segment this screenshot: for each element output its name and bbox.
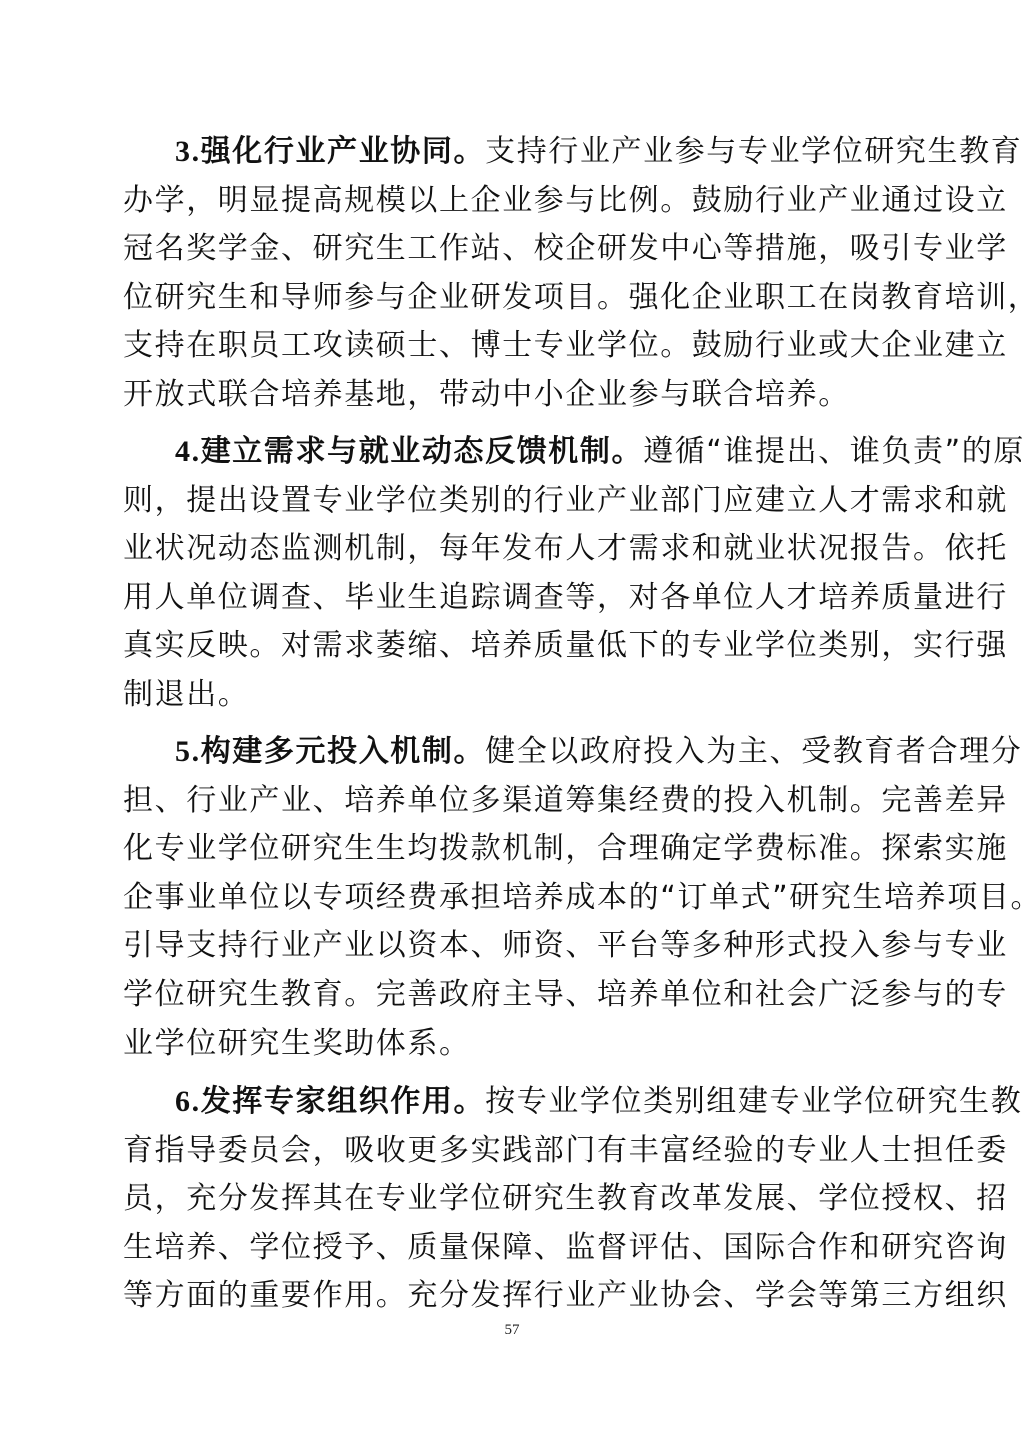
paragraph-line: 生培养、学位授予、质量保障、监督评估、国际合作和研究咨询 bbox=[123, 1224, 913, 1273]
paragraph-line: 等方面的重要作用。充分发挥行业产业协会、学会等第三方组织 bbox=[123, 1272, 913, 1321]
section-heading: 3.强化行业产业协同。 bbox=[175, 134, 485, 169]
section-5-paragraph: 5.构建多元投入机制。健全以政府投入为主、受教育者合理分 担、行业产业、培养单位… bbox=[123, 728, 913, 1068]
section-4-paragraph: 4.建立需求与就业动态反馈机制。遵循“谁提出、谁负责”的原 则，提出设置专业学位… bbox=[123, 428, 913, 720]
section-number: 6. bbox=[175, 1085, 201, 1118]
paragraph-line: 冠名奖学金、研究生工作站、校企研发中心等措施，吸引专业学 bbox=[123, 225, 913, 274]
paragraph-line: 开放式联合培养基地，带动中小企业参与联合培养。 bbox=[123, 371, 913, 420]
paragraph-line: 制退出。 bbox=[123, 671, 913, 720]
paragraph-line: 3.强化行业产业协同。支持行业产业参与专业学位研究生教育 bbox=[123, 128, 913, 177]
paragraph-line: 5.构建多元投入机制。健全以政府投入为主、受教育者合理分 bbox=[123, 728, 913, 777]
section-6-paragraph: 6.发挥专家组织作用。按专业学位类别组建专业学位研究生教 育指导委员会，吸收更多… bbox=[123, 1078, 913, 1321]
section-heading: 6.发挥专家组织作用。 bbox=[175, 1084, 485, 1119]
paragraph-line: 业学位研究生奖助体系。 bbox=[123, 1020, 913, 1069]
paragraph-line: 员，充分发挥其在专业学位研究生教育改革发展、学位授权、招 bbox=[123, 1175, 913, 1224]
paragraph-line: 4.建立需求与就业动态反馈机制。遵循“谁提出、谁负责”的原 bbox=[123, 428, 913, 477]
section-heading: 5.构建多元投入机制。 bbox=[175, 734, 485, 769]
paragraph-line: 学位研究生教育。完善政府主导、培养单位和社会广泛参与的专 bbox=[123, 971, 913, 1020]
paragraph-line: 业状况动态监测机制，每年发布人才需求和就业状况报告。依托 bbox=[123, 525, 913, 574]
page-number: 57 bbox=[0, 1322, 1024, 1339]
paragraph-line: 真实反映。对需求萎缩、培养质量低下的专业学位类别，实行强 bbox=[123, 622, 913, 671]
paragraph-line: 用人单位调查、毕业生追踪调查等，对各单位人才培养质量进行 bbox=[123, 574, 913, 623]
section-number: 3. bbox=[175, 135, 201, 168]
paragraph-line: 担、行业产业、培养单位多渠道筹集经费的投入机制。完善差异 bbox=[123, 777, 913, 826]
document-page: 3.强化行业产业协同。支持行业产业参与专业学位研究生教育 办学，明显提高规模以上… bbox=[0, 0, 1024, 1446]
section-heading: 4.建立需求与就业动态反馈机制。 bbox=[175, 434, 643, 469]
paragraph-line: 支持在职员工攻读硕士、博士专业学位。鼓励行业或大企业建立 bbox=[123, 322, 913, 371]
paragraph-line: 位研究生和导师参与企业研发项目。强化企业职工在岗教育培训， bbox=[123, 274, 913, 323]
paragraph-line: 6.发挥专家组织作用。按专业学位类别组建专业学位研究生教 bbox=[123, 1078, 913, 1127]
paragraph-line: 引导支持行业产业以资本、师资、平台等多种形式投入参与专业 bbox=[123, 922, 913, 971]
paragraph-line: 则，提出设置专业学位类别的行业产业部门应建立人才需求和就 bbox=[123, 477, 913, 526]
paragraph-line: 企事业单位以专项经费承担培养成本的“订单式”研究生培养项目。 bbox=[123, 874, 913, 923]
paragraph-line: 育指导委员会，吸收更多实践部门有丰富经验的专业人士担任委 bbox=[123, 1127, 913, 1176]
section-3-paragraph: 3.强化行业产业协同。支持行业产业参与专业学位研究生教育 办学，明显提高规模以上… bbox=[123, 128, 913, 420]
paragraph-line: 化专业学位研究生生均拨款机制，合理确定学费标准。探索实施 bbox=[123, 825, 913, 874]
paragraph-line: 办学，明显提高规模以上企业参与比例。鼓励行业产业通过设立 bbox=[123, 177, 913, 226]
section-number: 4. bbox=[175, 435, 201, 468]
section-number: 5. bbox=[175, 735, 201, 768]
